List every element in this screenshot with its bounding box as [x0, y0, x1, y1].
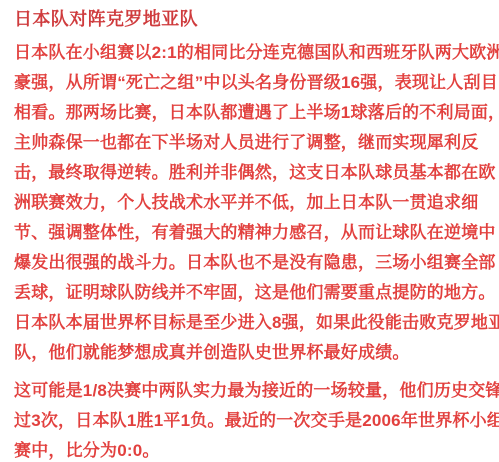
text-line: 这可能是1/8决赛中两队实力最为接近的一场较量，他们历史交锋	[14, 376, 489, 406]
text-line: 日本队本届世界杯目标是至少进入8强，如果此役能击败克罗地亚	[14, 308, 489, 338]
text-line: 击，最终取得逆转。胜利并非偶然，这支日本队球员基本都在欧	[14, 158, 489, 188]
text-line: 赛中，比分为0:0。	[14, 436, 489, 462]
text-line: 爆发出很强的战斗力。日本队也不是没有隐患，三场小组赛全部	[14, 248, 489, 278]
text-line: 豪强，从所谓“死亡之组”中以头名身份晋级16强，表现让人刮目	[14, 68, 489, 98]
article-page: 日本队对阵克罗地亚队 日本队在小组赛以2:1的相同比分连克德国队和西班牙队两大欧…	[0, 0, 499, 462]
article-paragraph-1: 日本队在小组赛以2:1的相同比分连克德国队和西班牙队两大欧洲 豪强，从所谓“死亡…	[14, 38, 489, 368]
text-line: 队，他们就能梦想成真并创造队史世界杯最好成绩。	[14, 338, 489, 368]
text-line: 主帅森保一也都在下半场对人员进行了调整，继而实现犀利反	[14, 128, 489, 158]
text-line: 相看。那两场比赛，日本队都遭遇了上半场1球落后的不利局面，	[14, 98, 489, 128]
text-line: 丢球，证明球队防线并不牢固，这是他们需要重点提防的地方。	[14, 278, 489, 308]
text-line: 节、强调整体性，有着强大的精神力感召，从而让球队在逆境中	[14, 218, 489, 248]
article-title: 日本队对阵克罗地亚队	[14, 8, 489, 30]
text-line: 日本队在小组赛以2:1的相同比分连克德国队和西班牙队两大欧洲	[14, 38, 489, 68]
text-line: 过3次，日本队1胜1平1负。最近的一次交手是2006年世界杯小组	[14, 406, 489, 436]
article-paragraph-2: 这可能是1/8决赛中两队实力最为接近的一场较量，他们历史交锋 过3次，日本队1胜…	[14, 376, 489, 462]
text-line: 洲联赛效力，个人技战术水平并不低，加上日本队一贯追求细	[14, 188, 489, 218]
